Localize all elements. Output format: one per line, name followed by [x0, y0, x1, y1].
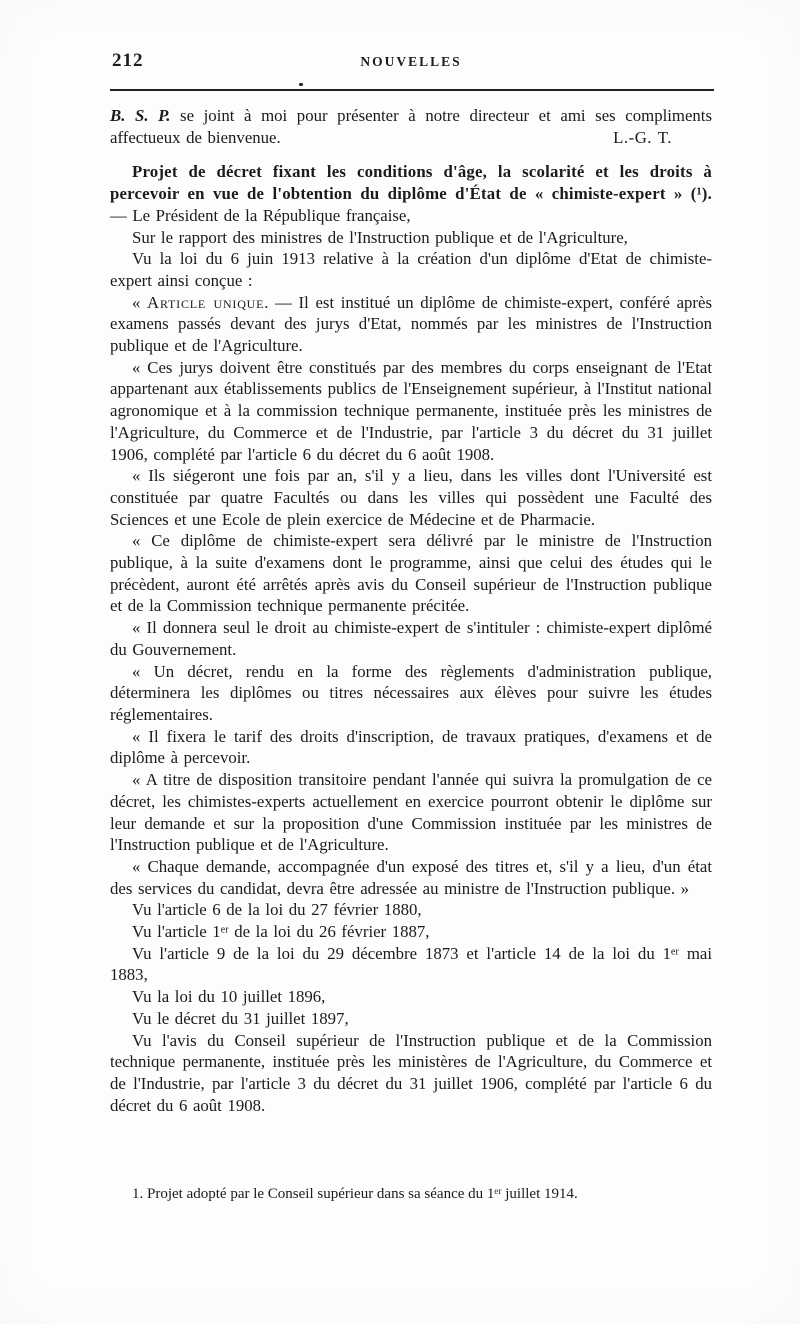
- decree-paragraph: Vu le décret du 31 juillet 1897,: [110, 1008, 712, 1030]
- decree-paragraph: « Ce diplôme de chimiste-expert sera dél…: [110, 530, 712, 617]
- decree-paragraph: « A titre de disposition transitoire pen…: [110, 769, 712, 856]
- article-open-quote: «: [132, 293, 147, 312]
- decree-paragraph: Vu l'article 1ᵉʳ de la loi du 26 février…: [110, 921, 712, 943]
- decree-preamble: Sur le rapport des ministres de l'Instru…: [110, 227, 712, 292]
- intro-paragraph: B. S. P. se joint à moi pour présenter à…: [110, 105, 712, 148]
- decree-paragraph: Sur le rapport des ministres de l'Instru…: [110, 227, 712, 249]
- article-unique-label: Article unique: [147, 293, 264, 312]
- scanned-journal-page: 212 NOUVELLES B. S. P. se joint à moi po…: [0, 0, 800, 1324]
- decree-paragraph: Vu la loi du 6 juin 1913 relative à la c…: [110, 248, 712, 291]
- separator-dot: [299, 83, 303, 86]
- decree-paragraph: Vu l'article 6 de la loi du 27 février 1…: [110, 899, 712, 921]
- decree-paragraph: « Ces jurys doivent être constitués par …: [110, 357, 712, 466]
- decree-heading-rest: — Le Président de la République français…: [110, 206, 411, 225]
- page-header-title: NOUVELLES: [110, 54, 712, 70]
- decree-heading: Projet de décret fixant les conditions d…: [110, 161, 712, 226]
- running-head: 212 NOUVELLES: [110, 48, 712, 74]
- decree-paragraph: « Un décret, rendu en la forme des règle…: [110, 661, 712, 726]
- decree-paragraph: « Il fixera le tarif des droits d'inscri…: [110, 726, 712, 769]
- decree-body: « Ces jurys doivent être constitués par …: [110, 357, 712, 1117]
- signature: L.-G. T.: [613, 127, 712, 149]
- decree-heading-bold: Projet de décret fixant les conditions d…: [110, 162, 712, 203]
- decree-paragraph: Vu l'article 9 de la loi du 29 décembre …: [110, 943, 712, 986]
- decree-paragraph: « Ils siégeront une fois par an, s'il y …: [110, 465, 712, 530]
- decree-paragraph: Vu l'avis du Conseil supérieur de l'Inst…: [110, 1030, 712, 1117]
- decree-paragraph: Vu la loi du 10 juillet 1896,: [110, 986, 712, 1008]
- page-body: B. S. P. se joint à moi pour présenter à…: [110, 105, 712, 1116]
- footnote: 1. Projet adopté par le Conseil supérieu…: [110, 1184, 712, 1204]
- header-rule: [110, 89, 714, 91]
- article-unique-paragraph: « Article unique. — Il est institué un d…: [110, 292, 712, 357]
- decree-paragraph: « Chaque demande, accompagnée d'un expos…: [110, 856, 712, 899]
- decree-paragraph: « Il donnera seul le droit au chimiste-e…: [110, 617, 712, 660]
- intro-initials: B. S. P.: [110, 106, 170, 125]
